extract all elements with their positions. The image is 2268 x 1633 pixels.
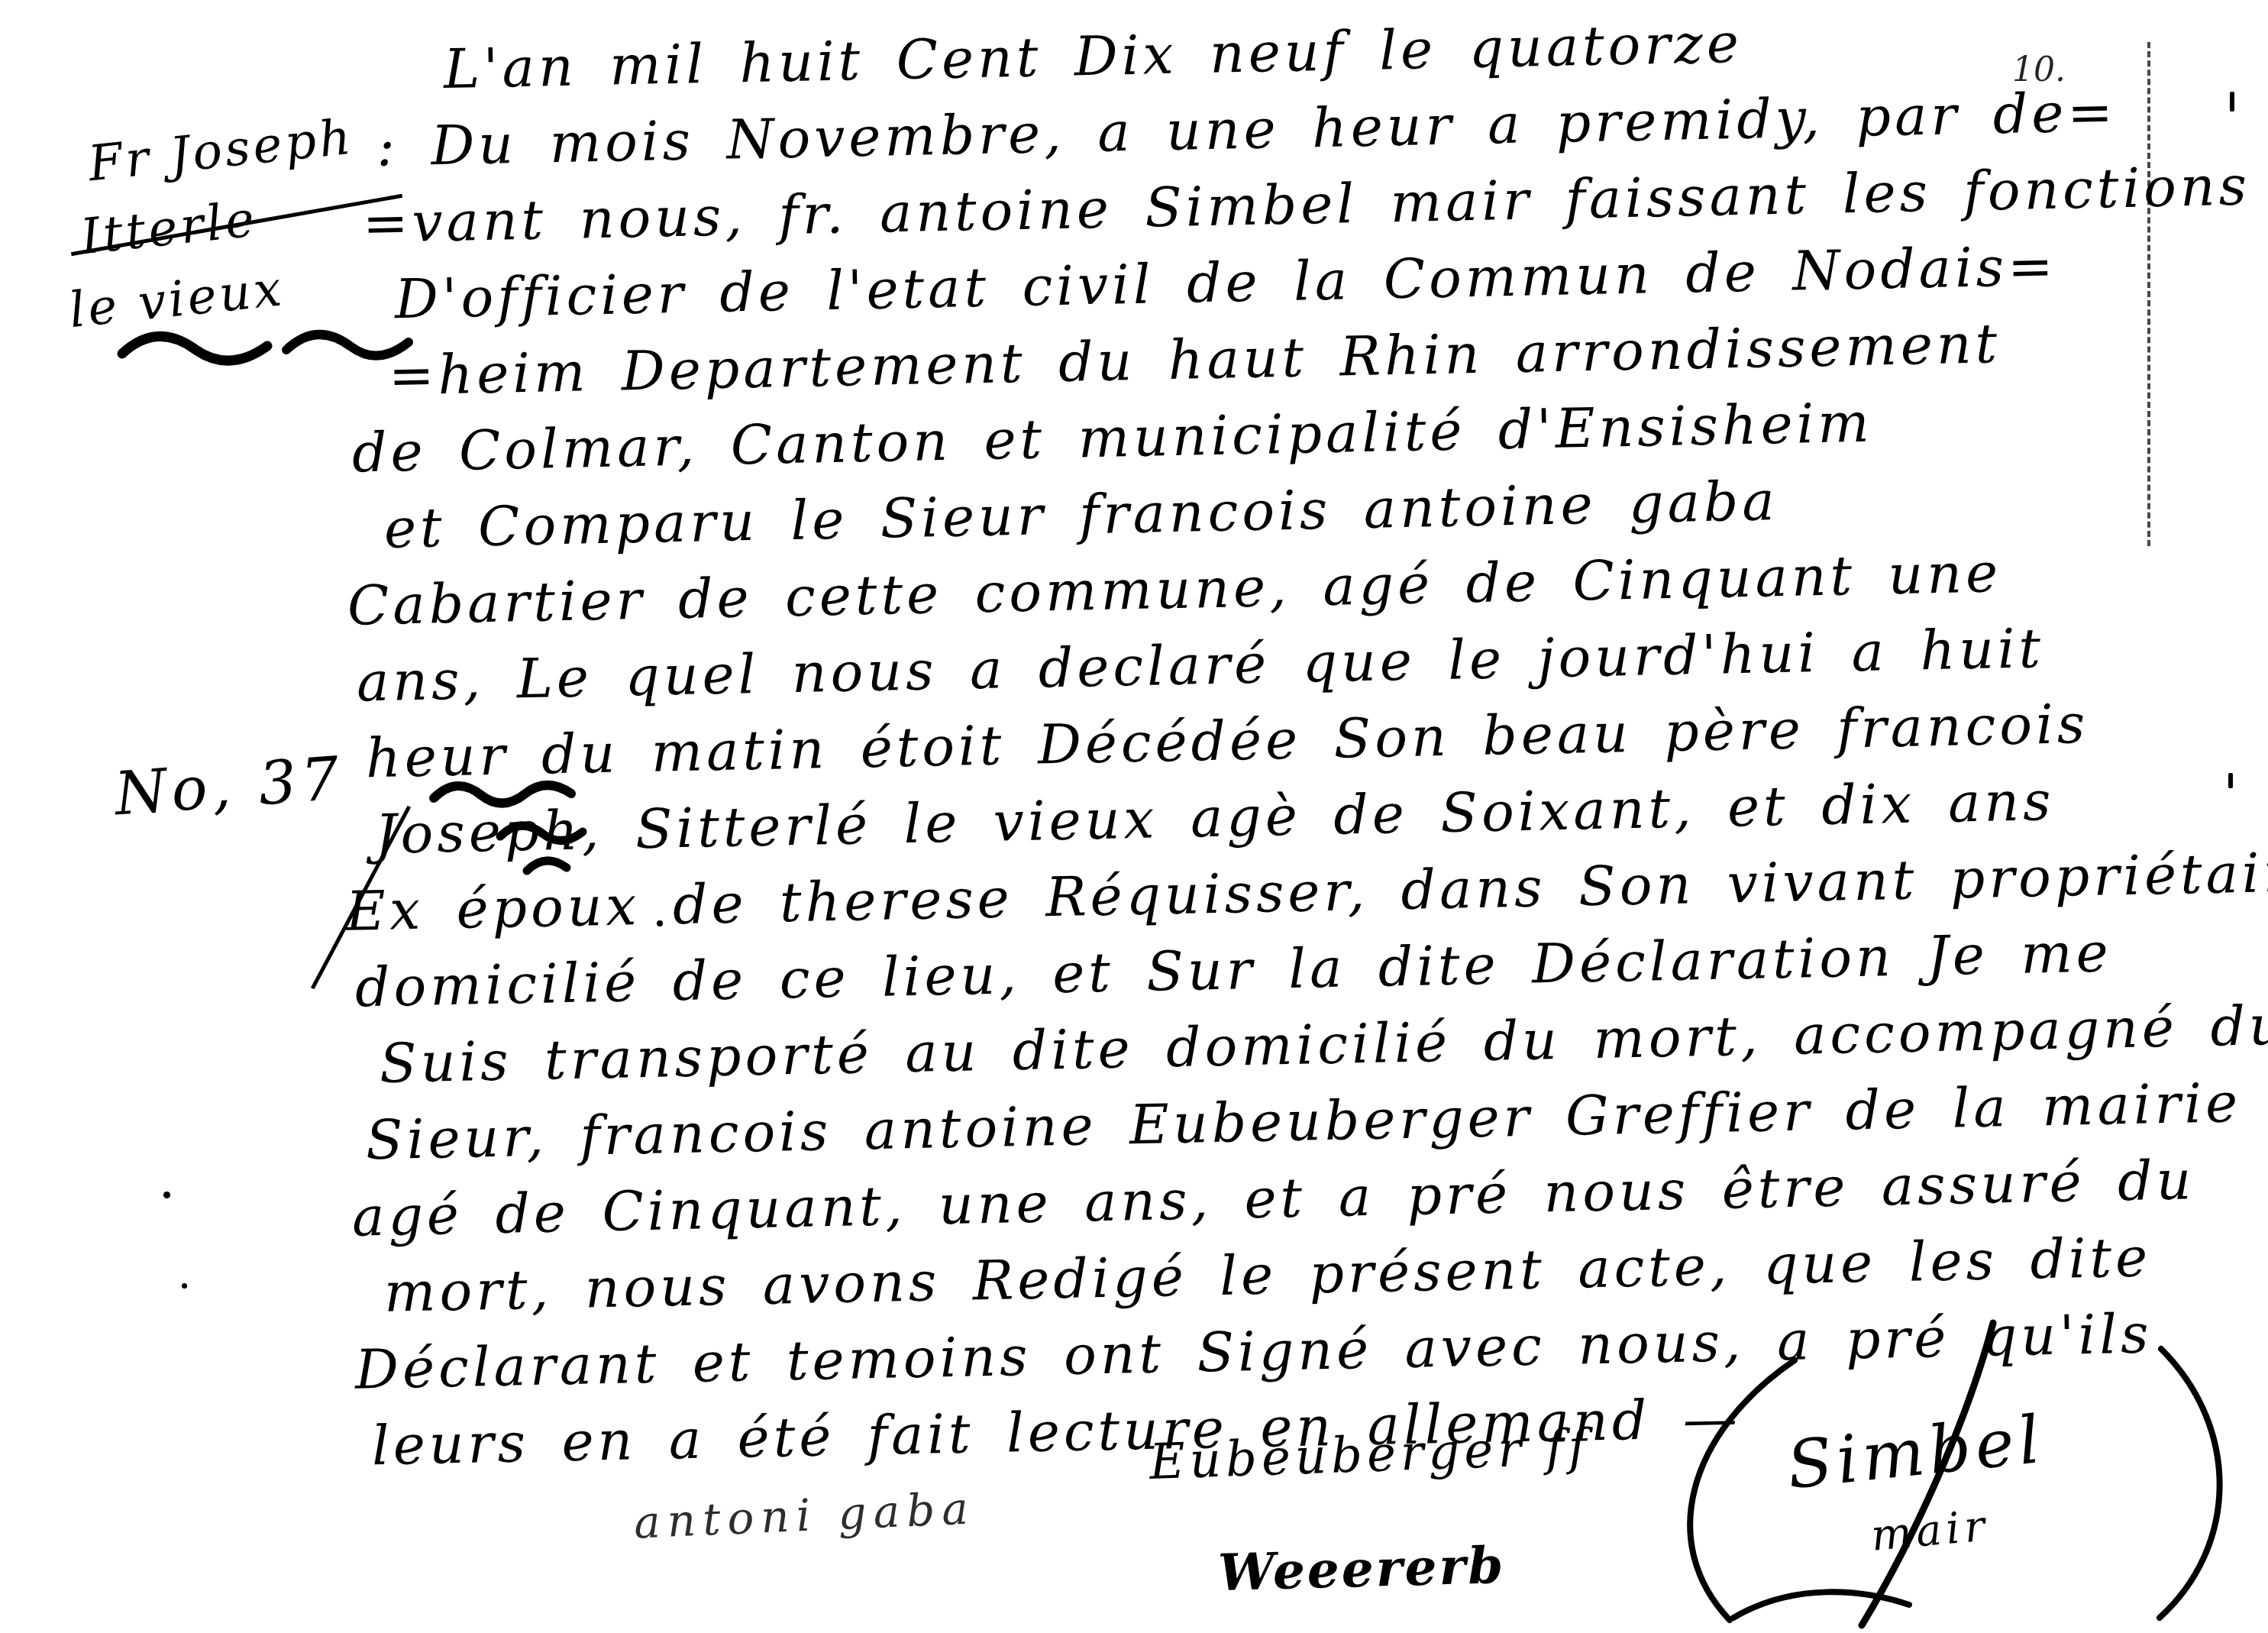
ink-speck (163, 1192, 170, 1198)
act-body-text: L'an mil huit Cent Dix neuf le quatorze … (328, 0, 2221, 1485)
scanned-death-record-page: 10. Fr Joseph Itterle le vieux No, 37 L'… (0, 0, 2268, 1633)
ink-speck (182, 1283, 187, 1289)
ink-speck (657, 920, 663, 926)
mayor-signature-paraph (1634, 1318, 2268, 1631)
signature-declarant: antoni gaba (633, 1482, 976, 1548)
scan-edge-mark (2230, 92, 2234, 112)
scan-edge-mark (2228, 773, 2233, 788)
margin-deceased-name: Fr Joseph Itterle le vieux (85, 102, 372, 344)
margin-act-number: No, 37 (112, 745, 346, 829)
signature-witness-partial: Weeererb (1217, 1535, 1506, 1602)
